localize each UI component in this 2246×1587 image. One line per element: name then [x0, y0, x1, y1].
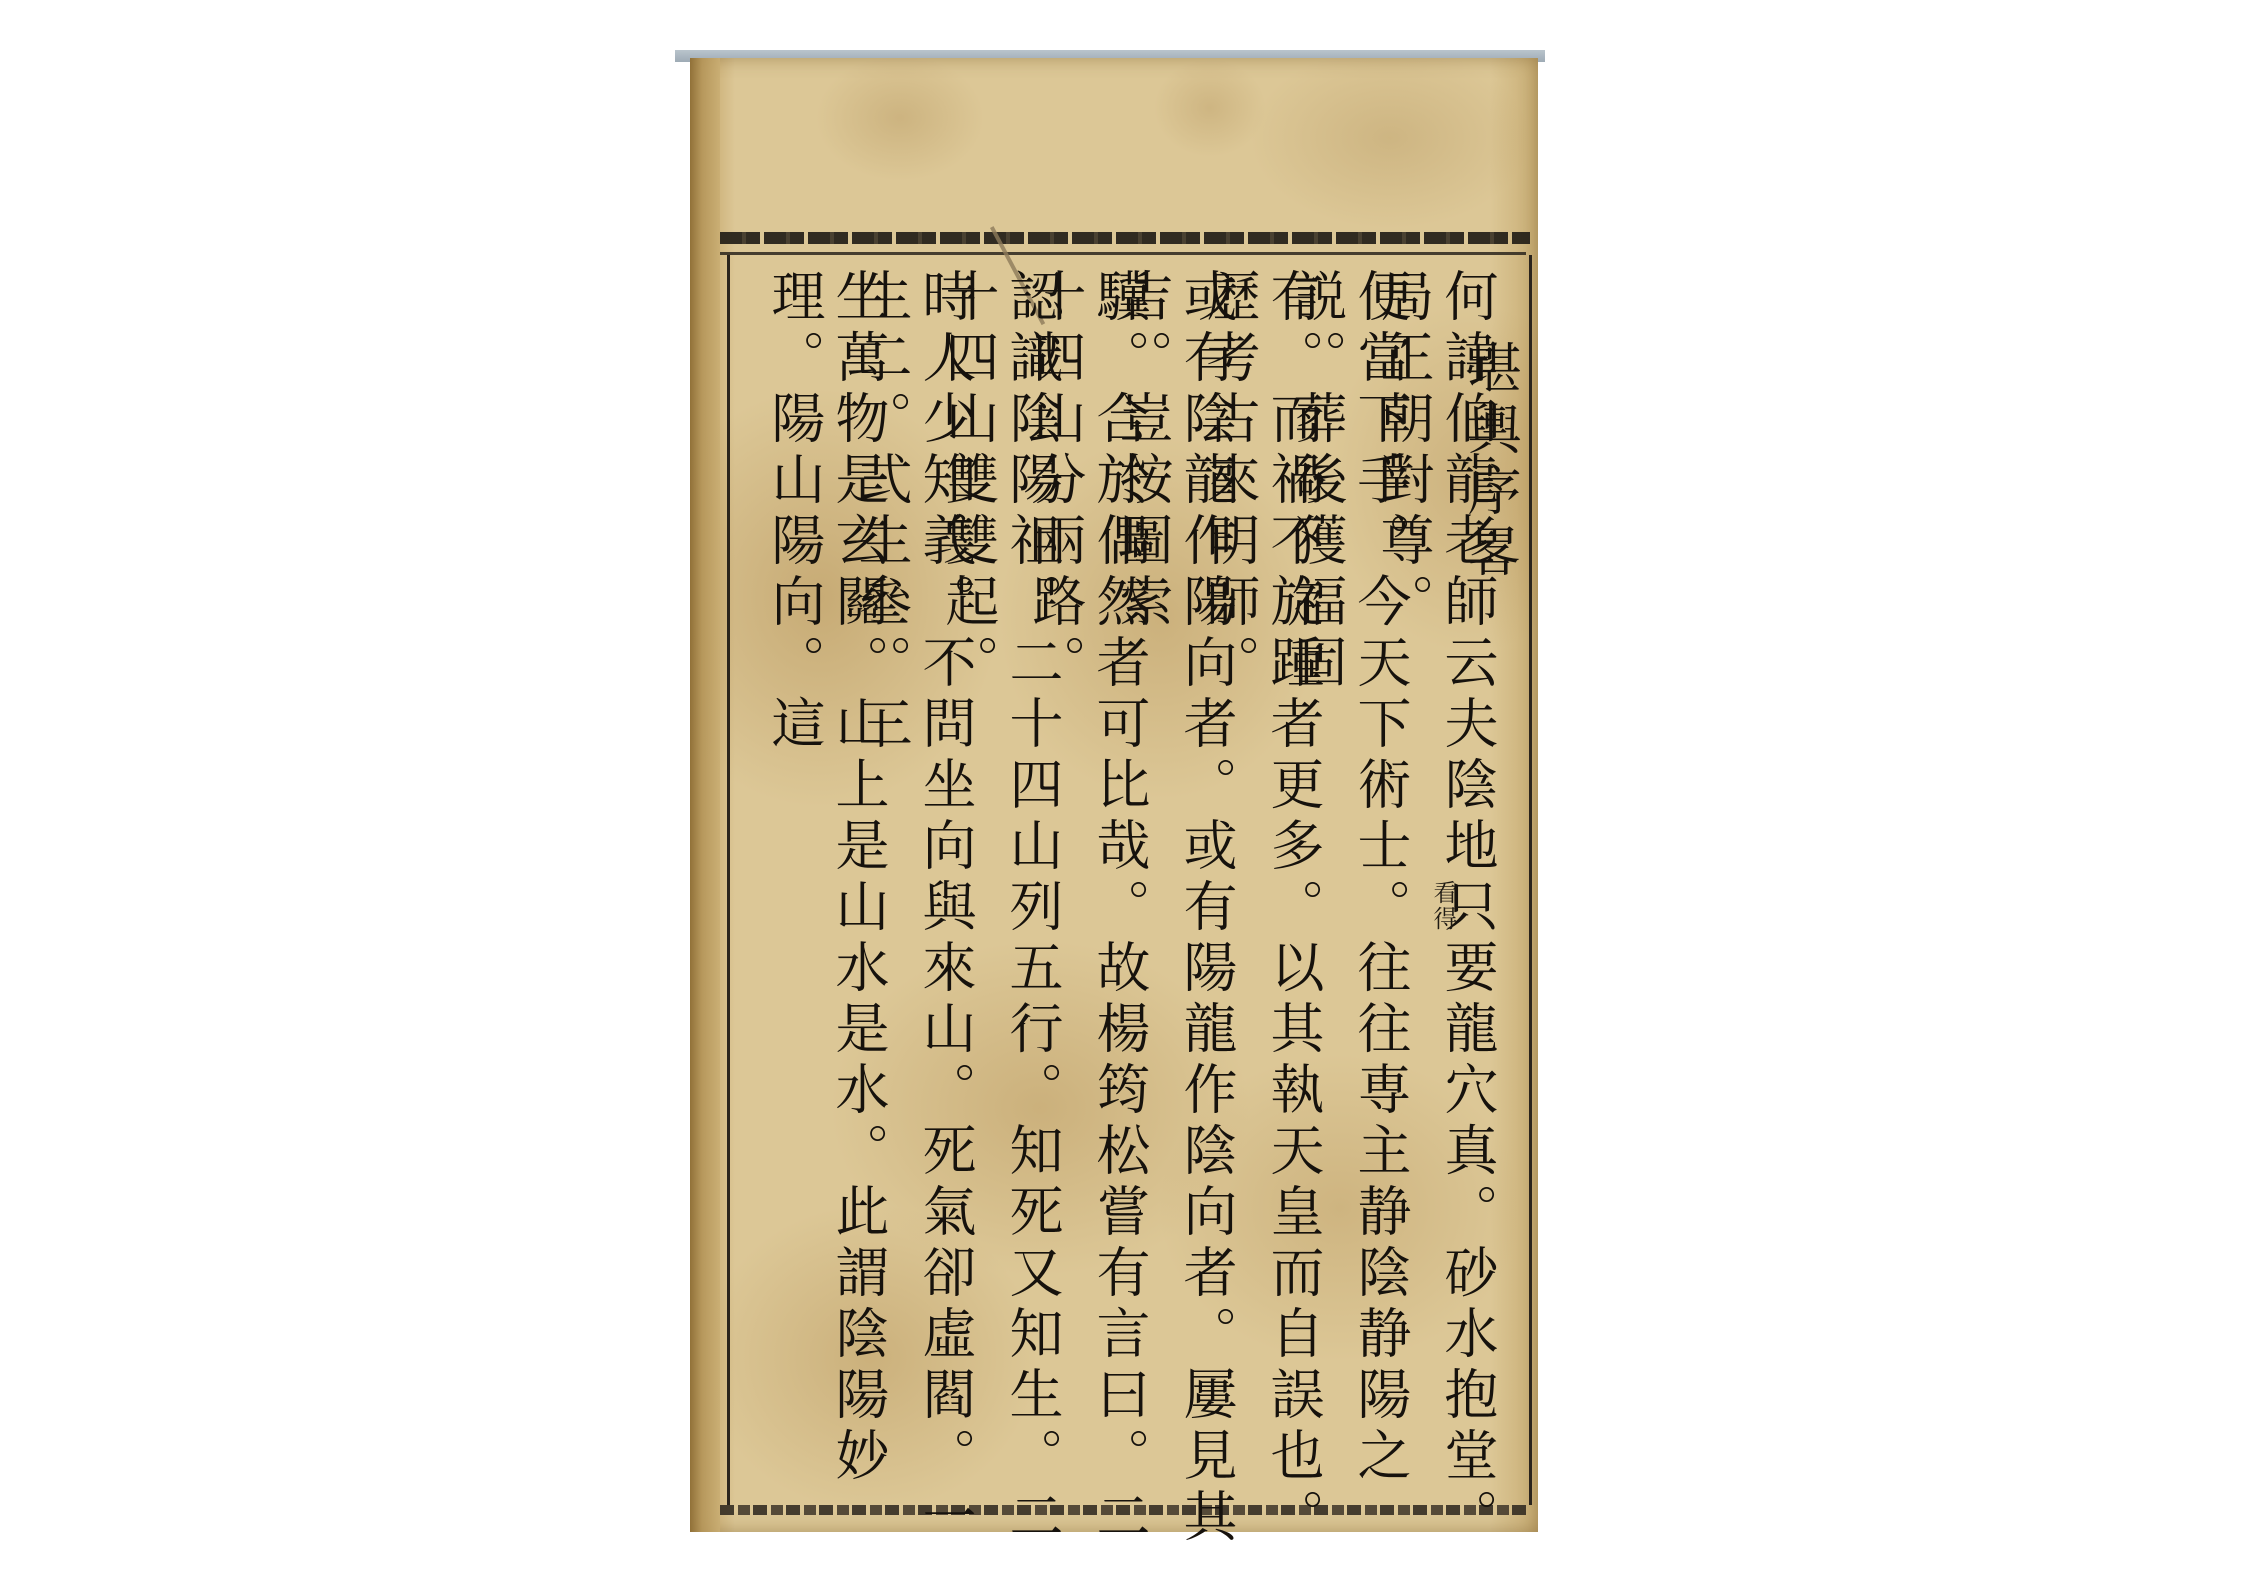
- text-column-8: 生萬物是玄關。山上是山水是水。此謂陰陽妙理。陽山陽向。這: [762, 268, 890, 1587]
- marginal-annotation: 看得: [1430, 880, 1456, 932]
- page-spine-edge: [690, 58, 720, 1532]
- top-border-band: [720, 232, 1530, 244]
